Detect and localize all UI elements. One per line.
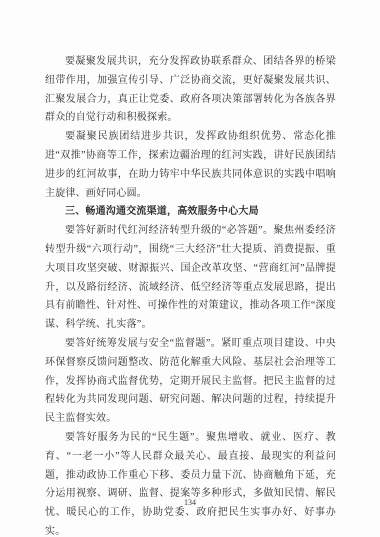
document-page: 要凝聚发展共识，充分发挥政协联系群众、团结各界的桥梁纽带作用，加强宣传引导、广泛… [0,0,380,537]
page-number: 134 [184,498,196,507]
body-paragraph: 要凝聚发展共识，充分发挥政协联系群众、团结各界的桥梁纽带作用，加强宣传引导、广泛… [45,53,336,128]
page-content: 要凝聚发展共识，充分发挥政协联系群众、团结各界的桥梁纽带作用，加强宣传引导、广泛… [45,53,336,537]
page-footer: 134 [0,498,380,507]
body-paragraph: 要答好统筹发展与安全“监督题”。紧盯重点项目建设、中央环保督察反馈问题整改、防范… [45,335,336,429]
body-paragraph: 要答好新时代红河经济转型升级的“必答题”。聚焦州委经济转型升级“六项行动”，围绕… [45,222,336,335]
body-paragraph: 要答好服务为民的“民生题”。聚焦增收、就业、医疗、教育、“一老一小”等人民群众最… [45,429,336,537]
body-paragraph: 要凝聚民族团结进步共识，发挥政协组织优势、常态化推进“双推”协商等工作，探索边疆… [45,128,336,203]
section-heading: 三、畅通沟通交流渠道，高效服务中心大局 [45,203,336,222]
